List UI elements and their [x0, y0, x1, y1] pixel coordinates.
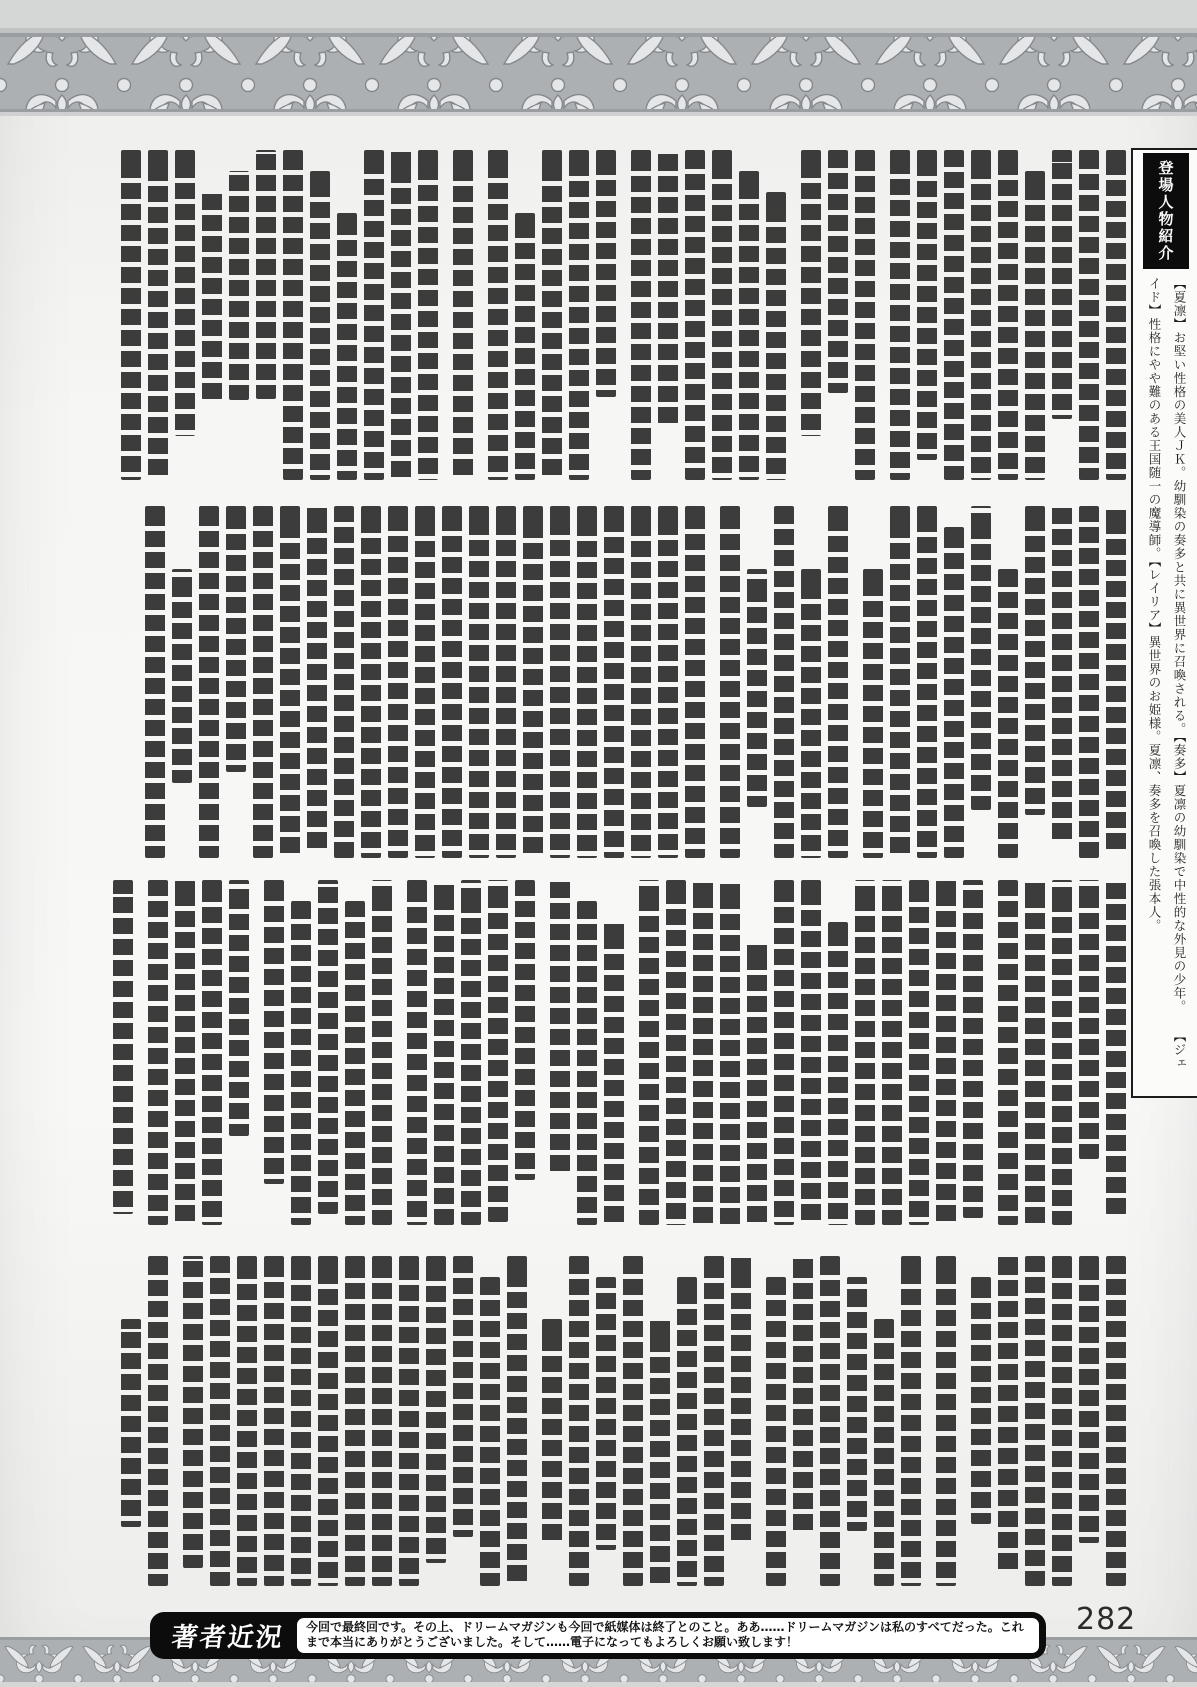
redacted-text-column — [515, 880, 535, 1180]
redacted-text-column — [631, 150, 651, 480]
redacted-text-column — [936, 880, 956, 1225]
page-number: 282 — [1076, 1602, 1136, 1637]
redacted-text-column — [623, 1256, 643, 1586]
redacted-text-column — [480, 1277, 500, 1586]
redacted-text-column — [677, 1277, 697, 1586]
redacted-text-column — [998, 569, 1018, 858]
redacted-text-column — [828, 150, 848, 393]
redacted-text-column — [890, 150, 910, 480]
redacted-text-column — [334, 506, 354, 858]
redacted-text-column — [1079, 1256, 1099, 1543]
redacted-text-column — [712, 150, 732, 480]
redacted-text-column — [453, 1256, 473, 1537]
redacted-text-column — [1025, 506, 1045, 815]
redacted-text-column — [542, 150, 562, 480]
redacted-text-column — [1106, 880, 1126, 1215]
redacted-text-column — [890, 506, 910, 858]
redacted-text-column — [793, 1256, 813, 1532]
redacted-text-column — [998, 150, 1018, 480]
text-band-1 — [140, 150, 1126, 480]
redacted-text-column — [113, 880, 133, 1214]
redacted-text-column — [418, 150, 438, 480]
redacted-text-column — [731, 1256, 751, 1543]
character-intro-column-1: 【夏凛】お堅い性格の美人ＪＫ。幼馴染の奏多と共に異世界に召喚される。【奏多】夏凛… — [1172, 277, 1187, 1013]
redacted-text-column — [596, 150, 616, 397]
redacted-text-column — [148, 150, 168, 480]
redacted-text-column — [882, 880, 902, 1225]
redacted-text-column — [372, 1256, 392, 1586]
redacted-text-column — [372, 880, 392, 1225]
redacted-text-column — [337, 213, 357, 480]
redacted-text-column — [577, 506, 597, 858]
redacted-text-column — [901, 1256, 921, 1586]
redacted-text-column — [1025, 1256, 1045, 1586]
redacted-text-column — [1106, 1256, 1126, 1586]
redacted-text-column — [291, 901, 311, 1225]
redacted-text-column — [998, 880, 1018, 1225]
redacted-text-column — [604, 506, 624, 858]
redacted-text-column — [1052, 506, 1072, 841]
redacted-text-column — [936, 1256, 956, 1586]
redacted-text-column — [596, 1277, 616, 1550]
redacted-text-column — [971, 1277, 991, 1524]
redacted-text-column — [253, 506, 273, 858]
redacted-text-column — [909, 880, 929, 1225]
redacted-text-column — [280, 506, 300, 858]
redacted-text-column — [855, 150, 875, 480]
redacted-text-column — [256, 150, 276, 399]
redacted-text-column — [747, 569, 767, 807]
redacted-text-column — [226, 506, 246, 772]
redacted-text-column — [650, 1319, 670, 1586]
redacted-text-column — [361, 506, 381, 858]
redacted-text-column — [542, 1319, 562, 1545]
redacted-text-column — [175, 150, 195, 436]
character-intro-title: 登場人物紹介 — [1143, 153, 1189, 269]
author-note-bar: 著者近況 今回で最終回です。その上、ドリームマガジンも今回で紙媒体は終了とのこと… — [150, 1612, 1046, 1659]
redacted-text-column — [739, 171, 759, 480]
redacted-text-column — [801, 880, 821, 1225]
redacted-text-column — [828, 922, 848, 1225]
redacted-text-column — [917, 506, 937, 858]
redacted-text-column — [1052, 1256, 1072, 1586]
redacted-text-column — [442, 506, 462, 858]
character-intro-text: 【夏凛】お堅い性格の美人ＪＫ。幼馴染の奏多と共に異世界に召喚される。【奏多】夏凛… — [1140, 277, 1192, 1077]
redacted-text-column — [855, 880, 875, 1225]
redacted-text-column — [801, 150, 821, 436]
redacted-text-column — [172, 569, 192, 783]
redacted-text-column — [944, 150, 964, 480]
redacted-text-column — [145, 506, 165, 858]
redacted-text-column — [310, 171, 330, 480]
redacted-text-column — [720, 506, 740, 858]
redacted-text-column — [631, 506, 651, 858]
redacted-text-column — [639, 880, 659, 1225]
redacted-text-column — [183, 1256, 203, 1568]
redacted-text-column — [847, 1277, 867, 1531]
redacted-text-column — [121, 150, 141, 480]
author-note-text: 今回で最終回です。その上、ドリームマガジンも今回で紙媒体は終了とのこと。ああ……… — [297, 1618, 1039, 1653]
redacted-text-column — [264, 880, 284, 1184]
redacted-text-column — [415, 506, 435, 858]
redacted-text-column — [318, 880, 338, 1214]
redacted-text-column — [318, 1256, 338, 1586]
redacted-text-column — [1079, 880, 1099, 1159]
redacted-text-column — [658, 506, 678, 858]
redacted-text-column — [148, 880, 168, 1225]
redacted-text-column — [523, 506, 543, 858]
text-band-2 — [140, 506, 1126, 858]
redacted-text-column — [766, 192, 786, 480]
redacted-text-column — [971, 506, 991, 810]
redacted-text-column — [963, 880, 983, 1218]
redacted-text-column — [863, 569, 883, 858]
redacted-text-column — [407, 880, 427, 1225]
redacted-text-column — [1052, 880, 1072, 1225]
redacted-text-column — [720, 880, 740, 1225]
redacted-text-column — [704, 1256, 724, 1586]
redacted-text-column — [175, 880, 195, 1225]
redacted-text-column — [666, 880, 686, 1225]
redacted-text-column — [944, 527, 964, 858]
redacted-text-column — [291, 1256, 311, 1586]
redacted-text-column — [971, 150, 991, 480]
redacted-text-column — [399, 1256, 419, 1586]
redacted-text-column — [391, 150, 411, 480]
redacted-text-column — [202, 880, 222, 1225]
redacted-text-column — [426, 1256, 446, 1563]
redacted-text-column — [229, 880, 249, 1136]
redacted-text-column — [774, 880, 794, 1225]
redacted-text-column — [496, 506, 516, 858]
redacted-text-column — [488, 150, 508, 480]
redacted-text-column — [461, 880, 481, 1225]
printed-page: 登場人物紹介 【夏凛】お堅い性格の美人ＪＫ。幼馴染の奏多と共に異世界に召喚される… — [0, 0, 1197, 1687]
redacted-text-column — [488, 880, 508, 1222]
redacted-text-column — [604, 922, 624, 1225]
redacted-text-column — [307, 506, 327, 851]
redacted-text-column — [766, 1277, 786, 1586]
redacted-text-column — [1106, 150, 1126, 480]
redacted-text-column — [577, 901, 597, 1225]
redacted-text-column — [283, 150, 303, 480]
redacted-text-column — [388, 506, 408, 858]
redacted-text-column — [202, 192, 222, 400]
redacted-text-column — [210, 1256, 230, 1586]
redacted-text-column — [345, 901, 365, 1225]
redacted-text-column — [693, 880, 713, 1225]
redacted-text-column — [685, 150, 705, 480]
redacted-text-column — [1025, 880, 1045, 1225]
author-note-label: 著者近況 — [148, 1617, 300, 1654]
redacted-text-column — [1106, 506, 1126, 850]
redacted-text-column — [1079, 150, 1099, 480]
redacted-text-column — [364, 150, 384, 480]
redacted-text-column — [550, 506, 570, 858]
redacted-text-column — [199, 506, 219, 858]
redacted-text-column — [237, 1256, 257, 1586]
redacted-text-column — [1052, 150, 1072, 419]
redacted-text-column — [229, 171, 249, 400]
redacted-text-column — [515, 213, 535, 480]
redacted-text-column — [685, 506, 705, 858]
redacted-text-column — [569, 150, 589, 480]
redacted-text-column — [264, 1256, 284, 1586]
redacted-text-column — [453, 150, 473, 480]
redacted-text-column — [874, 1319, 894, 1586]
character-intro-box: 登場人物紹介 【夏凛】お堅い性格の美人ＪＫ。幼馴染の奏多と共に異世界に召喚される… — [1131, 148, 1197, 1098]
redacted-text-column — [998, 1256, 1018, 1573]
redacted-text-column — [774, 506, 794, 858]
redacted-text-column — [1025, 171, 1045, 480]
redacted-text-column — [345, 1256, 365, 1586]
redacted-text-column — [550, 880, 570, 1174]
redacted-text-column — [658, 150, 678, 424]
redacted-text-column — [569, 1256, 589, 1586]
text-band-3 — [140, 880, 1126, 1225]
redacted-text-column — [434, 880, 454, 1225]
redacted-text-column — [121, 1319, 141, 1527]
ornament-border-top — [0, 0, 1197, 125]
redacted-text-column — [828, 506, 848, 858]
redacted-text-column — [1079, 506, 1099, 858]
redacted-text-column — [747, 943, 767, 1225]
redacted-text-column — [507, 1256, 527, 1586]
redacted-text-column — [148, 1256, 168, 1586]
redacted-text-column — [469, 506, 489, 858]
redacted-text-column — [820, 1256, 840, 1586]
redacted-text-column — [801, 569, 821, 858]
text-band-4 — [140, 1256, 1126, 1586]
redacted-text-column — [917, 150, 937, 460]
